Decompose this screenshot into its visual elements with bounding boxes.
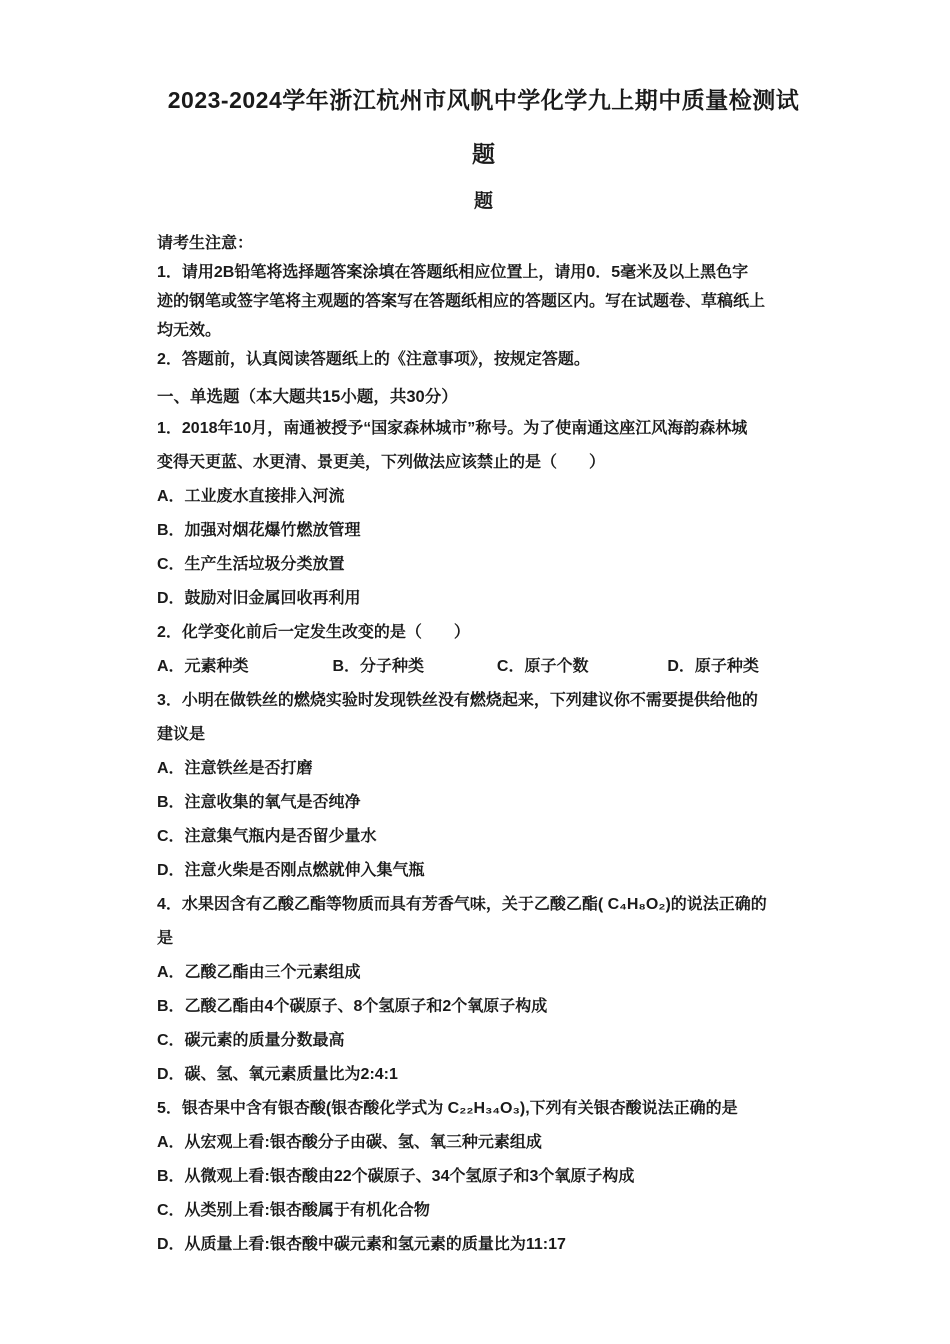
option-a: A．元素种类 [157,650,328,684]
question-4: 4．水果因含有乙酸乙酯等物质而具有芳香气味，关于乙酸乙酯( C₄H₈O₂)的说法… [157,888,810,1092]
question-stem-line: 建议是 [157,718,810,752]
option-d: D．鼓励对旧金属回收再利用 [157,582,810,616]
option-b: B．注意收集的氧气是否纯净 [157,786,810,820]
option-d: D．原子种类 [667,650,759,684]
option-a: A．从宏观上看:银杏酸分子由碳、氢、氧三种元素组成 [157,1126,810,1160]
option-c: C．原子个数 [497,650,663,684]
question-5: 5．银杏果中含有银杏酸(银杏酸化学式为 C₂₂H₃₄O₃),下列有关银杏酸说法正… [157,1092,810,1262]
option-a: A．乙酸乙酯由三个元素组成 [157,956,810,990]
notice-line: 迹的钢笔或签字笔将主观题的答案写在答题纸相应的答题区内。写在试题卷、草稿纸上 [157,287,810,316]
option-b: B．分子种类 [332,650,492,684]
page-title: 2023-2024学年浙江杭州市风帆中学化学九上期中质量检测试 题 题 [157,85,810,215]
options-row: A．元素种类 B．分子种类 C．原子个数 D．原子种类 [157,650,810,684]
option-c: C．从类别上看:银杏酸属于有机化合物 [157,1194,810,1228]
notice-line: 2．答题前，认真阅读答题纸上的《注意事项》，按规定答题。 [157,345,810,374]
question-stem-line: 5．银杏果中含有银杏酸(银杏酸化学式为 C₂₂H₃₄O₃),下列有关银杏酸说法正… [157,1092,810,1126]
question-stem-line: 变得天更蓝、水更清、景更美，下列做法应该禁止的是（ ） [157,446,810,480]
title-line-2: 题 [157,139,810,169]
option-a: A．工业废水直接排入河流 [157,480,810,514]
option-b: B．从微观上看:银杏酸由22个碳原子、34个氢原子和3个氧原子构成 [157,1160,810,1194]
candidate-notice: 请考生注意： 1．请用2B铅笔将选择题答案涂填在答题纸相应位置上，请用0．5毫米… [157,229,810,374]
question-3: 3．小明在做铁丝的燃烧实验时发现铁丝没有燃烧起来，下列建议你不需要提供给他的 建… [157,684,810,888]
option-c: C．碳元素的质量分数最高 [157,1024,810,1058]
notice-line: 1．请用2B铅笔将选择题答案涂填在答题纸相应位置上，请用0．5毫米及以上黑色字 [157,258,810,287]
question-list: 1．2018年10月，南通被授予“国家森林城市”称号。为了使南通这座江风海韵森林… [157,412,810,1262]
question-stem-line: 2．化学变化前后一定发生改变的是（ ） [157,616,810,650]
option-a: A．注意铁丝是否打磨 [157,752,810,786]
exam-paper-page: 2023-2024学年浙江杭州市风帆中学化学九上期中质量检测试 题 题 请考生注… [0,0,950,1344]
question-2: 2．化学变化前后一定发生改变的是（ ） A．元素种类 B．分子种类 C．原子个数… [157,616,810,684]
option-c: C．注意集气瓶内是否留少量水 [157,820,810,854]
question-stem-line: 3．小明在做铁丝的燃烧实验时发现铁丝没有燃烧起来，下列建议你不需要提供给他的 [157,684,810,718]
option-b: B．加强对烟花爆竹燃放管理 [157,514,810,548]
question-stem-line: 是 [157,922,810,956]
title-line-3: 题 [157,189,810,215]
question-1: 1．2018年10月，南通被授予“国家森林城市”称号。为了使南通这座江风海韵森林… [157,412,810,616]
title-line-1: 2023-2024学年浙江杭州市风帆中学化学九上期中质量检测试 [157,85,810,115]
notice-line: 均无效。 [157,316,810,345]
notice-heading: 请考生注意： [157,229,810,258]
option-d: D．注意火柴是否刚点燃就伸入集气瓶 [157,854,810,888]
option-c: C．生产生活垃圾分类放置 [157,548,810,582]
option-b: B．乙酸乙酯由4个碳原子、8个氢原子和2个氧原子构成 [157,990,810,1024]
option-d: D．碳、氢、氧元素质量比为2:4:1 [157,1058,810,1092]
option-d: D．从质量上看:银杏酸中碳元素和氢元素的质量比为11:17 [157,1228,810,1262]
question-stem-line: 4．水果因含有乙酸乙酯等物质而具有芳香气味，关于乙酸乙酯( C₄H₈O₂)的说法… [157,888,810,922]
question-stem-line: 1．2018年10月，南通被授予“国家森林城市”称号。为了使南通这座江风海韵森林… [157,412,810,446]
section-heading: 一、单选题（本大题共15小题，共30分） [157,382,810,412]
